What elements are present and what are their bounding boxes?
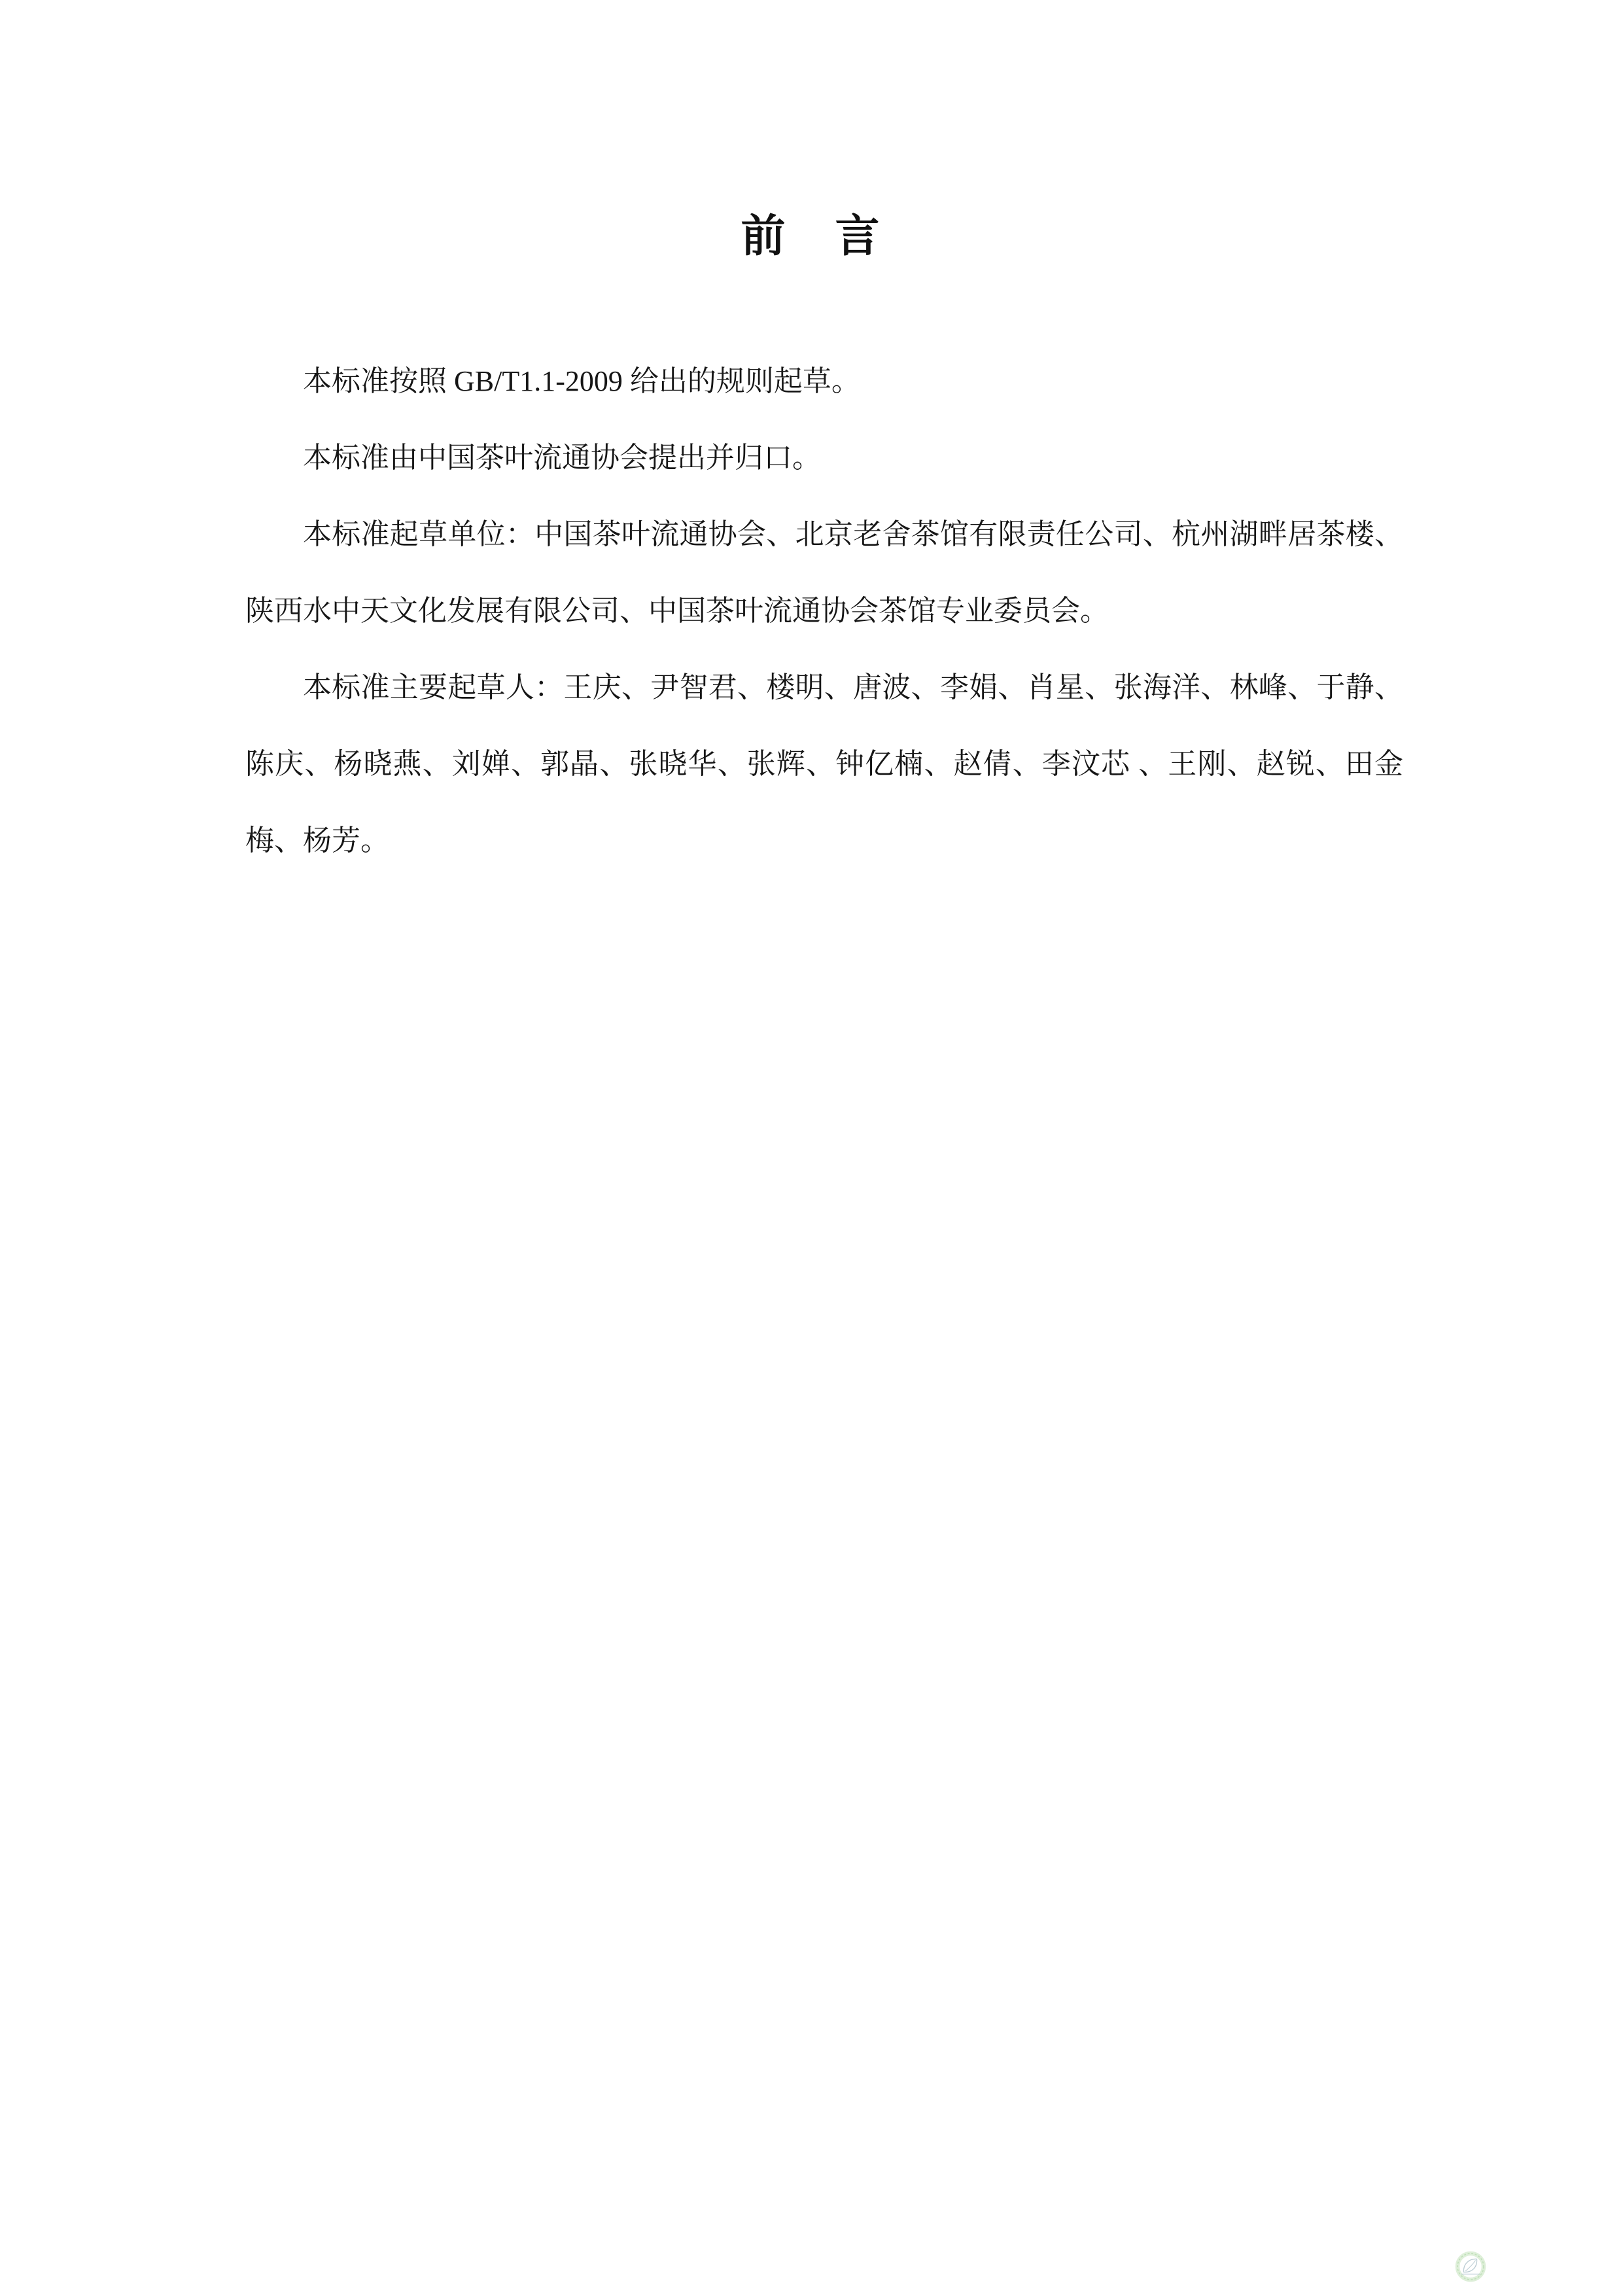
document-page: 前 言 本标准按照 GB/T1.1-2009 给出的规则起草。 本标准由中国茶叶… [0,0,1623,2296]
watermark-leaf-vein [1465,2261,1476,2272]
text-line: 本标准按照 GB/T1.1-2009 给出的规则起草。 [245,343,1403,419]
preface-body: 本标准按照 GB/T1.1-2009 给出的规则起草。 本标准由中国茶叶流通协会… [245,343,1403,879]
paragraph-drafting-rule: 本标准按照 GB/T1.1-2009 给出的规则起草。 [245,343,1403,419]
text-line: 陕西水中天文化发展有限公司、中国茶叶流通协会茶馆专业委员会。 [245,573,1403,649]
text-line: 陈庆、杨晓燕、刘婵、郭晶、张晓华、张辉、钟亿楠、赵倩、李汶芯 、王刚、赵锐、田金 [245,726,1403,802]
text-line: 梅、杨芳。 [245,802,1403,879]
text-line: 本标准由中国茶叶流通协会提出并归口。 [245,419,1403,496]
text-line: 本标准起草单位：中国茶叶流通协会、北京老舍茶馆有限责任公司、杭州湖畔居茶楼、 [245,496,1403,573]
paragraph-drafting-units: 本标准起草单位：中国茶叶流通协会、北京老舍茶馆有限责任公司、杭州湖畔居茶楼、 陕… [245,496,1403,649]
text-line: 本标准主要起草人：王庆、尹智君、楼明、唐波、李娟、肖星、张海洋、林峰、于静、 [245,649,1403,726]
paragraph-main-drafters: 本标准主要起草人：王庆、尹智君、楼明、唐波、李娟、肖星、张海洋、林峰、于静、 陈… [245,649,1403,879]
paragraph-proposed-by: 本标准由中国茶叶流通协会提出并归口。 [245,419,1403,496]
page-title: 前 言 [0,211,1623,262]
leaf-watermark-icon [1454,2250,1488,2284]
